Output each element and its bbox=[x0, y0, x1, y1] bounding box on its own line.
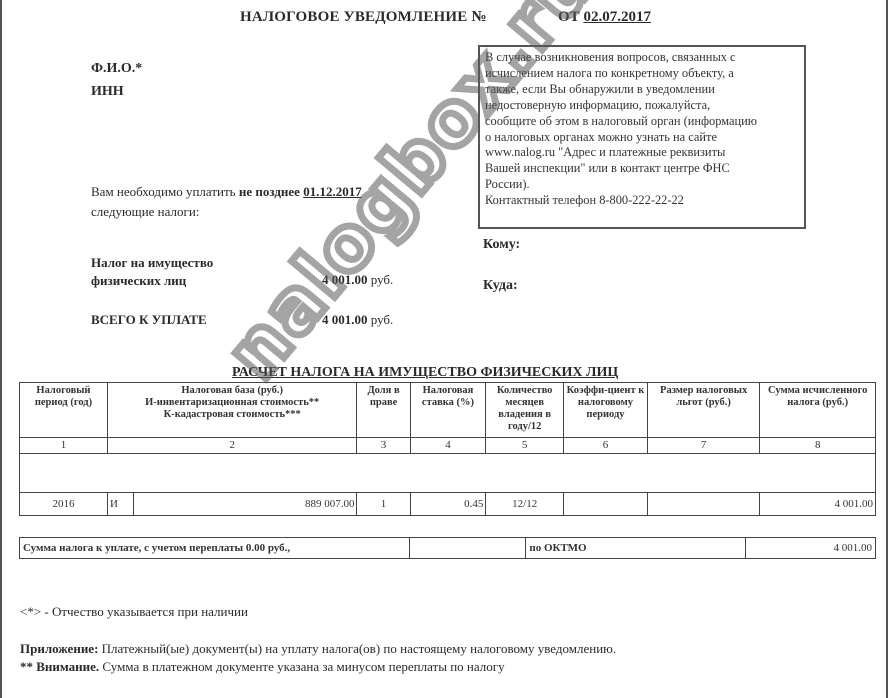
column-number: 3 bbox=[357, 438, 410, 454]
info-line: В случае возникновения вопросов, связанн… bbox=[485, 50, 799, 66]
header-cell-base: Налоговая база (руб.) И-инвентаризационн… bbox=[107, 383, 357, 438]
payment-deadline-line: Вам необходимо уплатить не позднее 01.12… bbox=[91, 184, 362, 200]
total-label: ВСЕГО К УПЛАТЕ bbox=[91, 312, 207, 328]
info-line: www.nalog.ru "Адрес и платежные реквизит… bbox=[485, 145, 799, 161]
header-cell: Налоговый период (год) bbox=[20, 383, 108, 438]
tax-amount-value: 4 001.00 bbox=[322, 272, 368, 287]
info-line: Контактный телефон 8-800-222-22-22 bbox=[485, 193, 799, 209]
calculation-table: Налоговый период (год) Налоговая база (р… bbox=[19, 382, 876, 516]
column-number: 5 bbox=[486, 438, 564, 454]
header-line: И-инвентаризационная стоимость** bbox=[110, 397, 355, 409]
payment-following: следующие налоги: bbox=[91, 204, 199, 220]
document-title: НАЛОГОВОЕ УВЕДОМЛЕНИЕ № bbox=[240, 9, 487, 26]
footnote-attention: ** Внимание. Сумма в платежном документе… bbox=[20, 659, 505, 675]
header-cell: Сумма исчисленного налога (руб.) bbox=[760, 383, 876, 438]
header-cell: Налоговая ставка (%) bbox=[410, 383, 486, 438]
oktmo-label: по ОКТМО bbox=[526, 538, 746, 559]
page-border-left bbox=[0, 0, 2, 698]
column-number: 4 bbox=[410, 438, 486, 454]
table-header-row: Налоговый период (год) Налоговая база (р… bbox=[20, 383, 876, 438]
column-number: 6 bbox=[564, 438, 648, 454]
payment-text: Вам необходимо уплатить bbox=[91, 184, 239, 199]
info-line: Вашей инспекции" или в контакт центре ФН… bbox=[485, 161, 799, 177]
summary-row: Сумма налога к уплате, с учетом переплат… bbox=[20, 538, 876, 559]
table-row: 2016 И 889 007.00 1 0.45 12/12 4 001.00 bbox=[20, 493, 876, 516]
currency: руб. bbox=[371, 312, 394, 327]
column-number: 8 bbox=[760, 438, 876, 454]
recipient-where-label: Куда: bbox=[483, 278, 518, 294]
total-amount-value: 4 001.00 bbox=[322, 312, 368, 327]
tax-amount: 4 001.00 руб. bbox=[322, 272, 393, 288]
footnote-attachment: Приложение: Платежный(ые) документ(ы) на… bbox=[20, 641, 616, 657]
page-border-right bbox=[886, 0, 888, 698]
deadline-date: 01.12.2017 bbox=[303, 184, 362, 199]
inn-label: ИНН bbox=[91, 84, 124, 100]
cell-share: 1 bbox=[357, 493, 410, 516]
date-prefix: ОТ bbox=[558, 9, 583, 25]
date-value: 02.07.2017 bbox=[583, 9, 651, 25]
deadline-label: не позднее bbox=[239, 184, 303, 199]
cell-benefits bbox=[647, 493, 759, 516]
footnote-patronymic: <*> - Отчество указывается при наличии bbox=[20, 604, 248, 620]
attachment-label: Приложение: bbox=[20, 641, 98, 656]
header-cell: Размер налоговых льгот (руб.) bbox=[647, 383, 759, 438]
cell-base-type: И bbox=[107, 493, 133, 516]
cell-months: 12/12 bbox=[486, 493, 564, 516]
calculation-title: РАСЧЕТ НАЛОГА НА ИМУЩЕСТВО ФИЗИЧЕСКИХ ЛИ… bbox=[232, 365, 618, 381]
blank-row bbox=[20, 454, 876, 493]
attention-text: Сумма в платежном документе указана за м… bbox=[99, 659, 504, 674]
cell-rate: 0.45 bbox=[410, 493, 486, 516]
info-line: недостоверную информацию, пожалуйста, bbox=[485, 98, 799, 114]
total-amount: 4 001.00 руб. bbox=[322, 312, 393, 328]
column-numbers-row: 1 2 3 4 5 6 7 8 bbox=[20, 438, 876, 454]
info-line: исчислением налога по конкретному объект… bbox=[485, 66, 799, 82]
summary-amount: 4 001.00 bbox=[746, 538, 876, 559]
summary-empty bbox=[409, 538, 526, 559]
summary-table: Сумма налога к уплате, с учетом переплат… bbox=[19, 537, 876, 559]
column-number: 1 bbox=[20, 438, 108, 454]
blank-cell bbox=[20, 454, 876, 493]
info-line: сообщите об этом в налоговый орган (инфо… bbox=[485, 114, 799, 130]
cell-period: 2016 bbox=[20, 493, 108, 516]
column-number: 7 bbox=[647, 438, 759, 454]
recipient-to-label: Кому: bbox=[483, 237, 520, 253]
document-date: ОТ 02.07.2017 bbox=[558, 9, 651, 26]
info-line: о налоговых органах можно узнать на сайт… bbox=[485, 130, 799, 146]
cell-coefficient bbox=[564, 493, 648, 516]
info-line: России). bbox=[485, 177, 799, 193]
tax-name: Налог на имуществофизических лиц bbox=[91, 254, 213, 290]
tax-name-line: Налог на имущество bbox=[91, 254, 213, 272]
currency: руб. bbox=[371, 272, 394, 287]
cell-tax-sum: 4 001.00 bbox=[760, 493, 876, 516]
attachment-text: Платежный(ые) документ(ы) на уплату нало… bbox=[98, 641, 616, 656]
cell-base-value: 889 007.00 bbox=[133, 493, 357, 516]
header-cell: Количество месяцев владения в году/12 bbox=[486, 383, 564, 438]
header-cell: Коэффи-циент к налоговому периоду bbox=[564, 383, 648, 438]
header-cell: Доля в праве bbox=[357, 383, 410, 438]
summary-label: Сумма налога к уплате, с учетом переплат… bbox=[20, 538, 410, 559]
column-number: 2 bbox=[107, 438, 357, 454]
info-line: также, если Вы обнаружили в уведомлении bbox=[485, 82, 799, 98]
tax-name-line: физических лиц bbox=[91, 272, 213, 290]
header-line: К-кадастровая стоимость*** bbox=[110, 409, 355, 421]
attention-label: ** Внимание. bbox=[20, 659, 99, 674]
info-box: В случае возникновения вопросов, связанн… bbox=[478, 45, 806, 229]
fio-label: Ф.И.О.* bbox=[91, 61, 142, 77]
header-line: Налоговая база (руб.) bbox=[110, 385, 355, 397]
